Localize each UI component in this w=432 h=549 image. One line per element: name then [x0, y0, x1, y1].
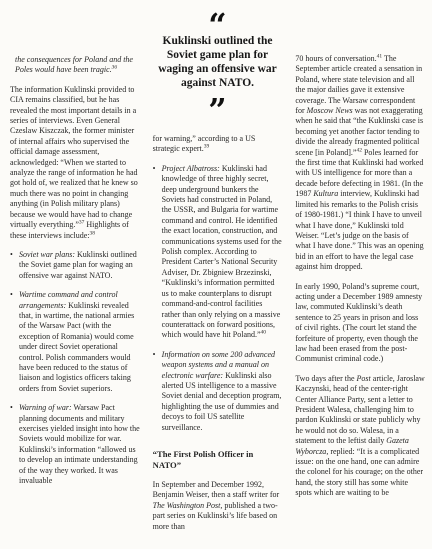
- footnote-ref: 39: [204, 144, 210, 150]
- bullet-marker-icon: •: [10, 403, 13, 413]
- text-run: Project Albatross:: [162, 164, 220, 173]
- text-run: Soviet war plans:: [19, 250, 75, 259]
- bullet-marker-icon: •: [153, 350, 156, 360]
- text-run: Post: [357, 374, 371, 383]
- pull-quote-text: Kuklinski outlined the Soviet game plan …: [154, 34, 282, 90]
- text-run: The Washington Post: [153, 501, 221, 510]
- text-run: The information Kuklinski provided to CI…: [10, 85, 138, 229]
- text-run: Kuklinski revealed that, in wartime, the…: [19, 301, 134, 393]
- paragraph: for warning,” according to a US strategi…: [153, 134, 283, 155]
- paragraph: In September and December 1992, Benjamin…: [153, 480, 283, 532]
- text-run: 70 hours of conversation.: [295, 54, 376, 63]
- bullet-marker-icon: •: [10, 250, 13, 260]
- text-run: “The First Polish Officer in NATO”: [153, 449, 254, 470]
- text-run: article, Jaroslaw Kaczynski, head of the…: [295, 374, 424, 445]
- text-run: In early 1990, Poland’s supreme court, a…: [295, 282, 422, 364]
- pull-quote: “ Kuklinski outlined the Soviet game pla…: [153, 8, 283, 120]
- bullet-item: •Wartime command and control arrangement…: [10, 290, 140, 394]
- close-quote-icon: ”: [154, 92, 282, 120]
- paragraph: In early 1990, Poland’s supreme court, a…: [295, 282, 425, 365]
- footnote-ref: 40: [261, 330, 267, 336]
- bullet-marker-icon: •: [10, 290, 13, 300]
- footnote-ref: 36: [112, 65, 118, 71]
- section-heading: “The First Polish Officer in NATO”: [153, 449, 283, 471]
- document-page: the consequences for Poland and the Pole…: [0, 0, 432, 549]
- text-run: Kuklinski had knowledge of three highly …: [162, 164, 282, 340]
- text-run: interview, Kuklinski had limited his rem…: [295, 189, 423, 271]
- text-run: Moscow News: [307, 106, 353, 115]
- column-right: 70 hours of conversation.41 The Septembe…: [295, 8, 425, 545]
- paragraph: The information Kuklinski provided to CI…: [10, 85, 140, 241]
- bullet-marker-icon: •: [153, 164, 156, 174]
- paragraph: Two days after the Post article, Jarosla…: [295, 374, 425, 499]
- paragraph: 70 hours of conversation.41 The Septembe…: [295, 54, 425, 273]
- bullet-item: •Project Albatross: Kuklinski had knowle…: [153, 164, 283, 341]
- text-run: Kultura: [313, 189, 338, 198]
- footnote-ref: 38: [90, 230, 96, 236]
- column-middle-body: for warning,” according to a US strategi…: [153, 134, 283, 532]
- column-middle: “ Kuklinski outlined the Soviet game pla…: [153, 8, 283, 545]
- open-quote-icon: “: [154, 8, 282, 32]
- bullet-item: •Information on some 200 advanced weapon…: [153, 350, 283, 433]
- paragraph: the consequences for Poland and the Pole…: [10, 55, 140, 76]
- bullet-item: •Warning of war: Warsaw Pact planning do…: [10, 403, 140, 486]
- text-run: Two days after the: [295, 374, 356, 383]
- column-left: the consequences for Poland and the Pole…: [10, 8, 140, 545]
- text-run: Warsaw Pact planning documents and milit…: [19, 403, 140, 485]
- bullet-item: •Soviet war plans: Kuklinski outlined th…: [10, 250, 140, 281]
- text-run: In September and December 1992, Benjamin…: [153, 480, 279, 499]
- text-run: Warning of war:: [19, 403, 72, 412]
